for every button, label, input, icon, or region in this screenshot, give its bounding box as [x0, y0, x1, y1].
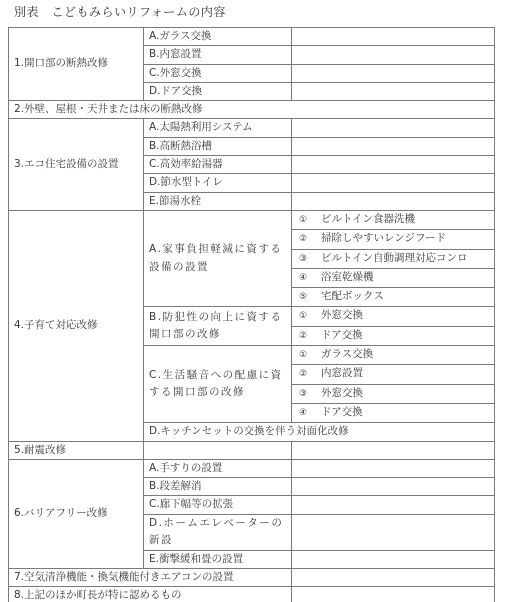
empty-cell — [292, 82, 495, 100]
empty-cell — [292, 569, 495, 587]
detail-text: 外窓交換 — [321, 387, 363, 399]
empty-cell — [292, 137, 495, 155]
section-label-8: 8.上記のほか町長が特に認めるもの — [9, 587, 292, 602]
detail-text: ガラス交換 — [321, 348, 373, 360]
table-row: 6.バリアフリー改修 A.手すりの設置 — [9, 459, 495, 477]
empty-cell — [292, 459, 495, 477]
reform-content-table: 1.開口部の断熱改修 A.ガラス交換 B.内窓設置 C.外窓交換 D.ドア交換 … — [8, 27, 495, 602]
empty-cell — [292, 46, 495, 64]
sub-item: C.廊下幅等の拡張 — [144, 496, 292, 514]
detail-item: ④浴室乾燥機 — [292, 268, 495, 287]
table-row: 4.子育て対応改修 A.家事負担軽減に資する設備の設置 ①ビルトイン食器洗機 — [9, 210, 495, 229]
sub-item: E.節湯水栓 — [144, 192, 292, 210]
section-label-3: 3.エコ住宅設備の設置 — [9, 119, 144, 210]
detail-item: ①ガラス交換 — [292, 346, 495, 365]
circled-number: ① — [299, 212, 321, 229]
detail-text: ビルトイン自動調理対応コンロ — [321, 252, 467, 264]
table-row: 8.上記のほか町長が特に認めるもの — [9, 587, 495, 602]
circled-number: ④ — [299, 270, 321, 287]
detail-text: 内窓設置 — [321, 367, 363, 379]
sub-item: D.ホームエレベーターの新設 — [144, 514, 292, 550]
circled-number: ② — [299, 328, 321, 345]
circled-number: ② — [299, 231, 321, 248]
sub-item: E.衝撃緩和畳の設置 — [144, 550, 292, 568]
sub-category-4b: B.防犯性の向上に資する開口部の改修 — [144, 307, 292, 346]
sub-item: A.手すりの設置 — [144, 459, 292, 477]
sub-category-4d: D.キッチンセットの交換を伴う対面化改修 — [144, 423, 495, 441]
empty-cell — [292, 64, 495, 82]
section-label-7: 7.空気清浄機能・換気機能付きエアコンの設置 — [9, 569, 292, 587]
empty-cell — [292, 496, 495, 514]
sub-item: A.ガラス交換 — [144, 28, 292, 46]
section-label-4: 4.子育て対応改修 — [9, 210, 144, 441]
sub-item: B.段差解消 — [144, 478, 292, 496]
detail-item: ①外窓交換 — [292, 307, 495, 326]
detail-text: ドア交換 — [321, 329, 363, 341]
document-title: 別表 こどもみらいリフォームの内容 — [14, 3, 226, 20]
sub-item: D.ドア交換 — [144, 82, 292, 100]
detail-item: ③ビルトイン自動調理対応コンロ — [292, 249, 495, 268]
circled-number: ① — [299, 347, 321, 364]
table-row: 1.開口部の断熱改修 A.ガラス交換 — [9, 28, 495, 46]
empty-cell — [292, 28, 495, 46]
empty-cell — [292, 514, 495, 550]
sub-item: B.内窓設置 — [144, 46, 292, 64]
sub-item: B.高断熱浴槽 — [144, 137, 292, 155]
section-label-5: 5.耐震改修 — [9, 441, 144, 459]
detail-item: ②掃除しやすいレンジフード — [292, 230, 495, 249]
sub-item: C.外窓交換 — [144, 64, 292, 82]
detail-text: ビルトイン食器洗機 — [321, 213, 415, 225]
sub-item: D.節水型トイレ — [144, 174, 292, 192]
table-row: 7.空気清浄機能・換気機能付きエアコンの設置 — [9, 569, 495, 587]
section-label-2: 2.外壁、屋根・天井または床の断熱改修 — [9, 101, 495, 119]
table-row: 2.外壁、屋根・天井または床の断熱改修 — [9, 101, 495, 119]
empty-cell — [292, 441, 495, 459]
empty-cell — [292, 119, 495, 137]
detail-text: 浴室乾燥機 — [321, 271, 374, 283]
empty-cell — [292, 174, 495, 192]
empty-cell — [292, 478, 495, 496]
detail-text: ドア交換 — [321, 406, 363, 418]
empty-cell — [144, 441, 292, 459]
table-row: 5.耐震改修 — [9, 441, 495, 459]
detail-item: ①ビルトイン食器洗機 — [292, 210, 495, 229]
detail-text: 外窓交換 — [321, 309, 363, 321]
circled-number: ⑤ — [299, 289, 321, 306]
table-row: 3.エコ住宅設備の設置 A.太陽熱利用システム — [9, 119, 495, 137]
detail-text: 宅配ボックス — [321, 290, 384, 302]
detail-item: ③外窓交換 — [292, 384, 495, 403]
section-label-6: 6.バリアフリー改修 — [9, 459, 144, 568]
detail-item: ④ドア交換 — [292, 403, 495, 422]
detail-item: ②内窓設置 — [292, 365, 495, 384]
circled-number: ③ — [299, 386, 321, 403]
detail-item: ⑤宅配ボックス — [292, 288, 495, 307]
empty-cell — [292, 156, 495, 174]
empty-cell — [292, 550, 495, 568]
sub-item: C.高効率給湯器 — [144, 156, 292, 174]
detail-text: 掃除しやすいレンジフード — [321, 232, 446, 244]
sub-item: A.太陽熱利用システム — [144, 119, 292, 137]
detail-item: ②ドア交換 — [292, 326, 495, 345]
sub-category-4a: A.家事負担軽減に資する設備の設置 — [144, 210, 292, 306]
section-label-1: 1.開口部の断熱改修 — [9, 28, 144, 101]
circled-number: ① — [299, 308, 321, 325]
empty-cell — [292, 192, 495, 210]
circled-number: ② — [299, 366, 321, 383]
sub-category-4c: C.生活騒音への配慮に資する開口部の改修 — [144, 346, 292, 423]
empty-cell — [292, 587, 495, 602]
circled-number: ④ — [299, 405, 321, 422]
circled-number: ③ — [299, 251, 321, 268]
